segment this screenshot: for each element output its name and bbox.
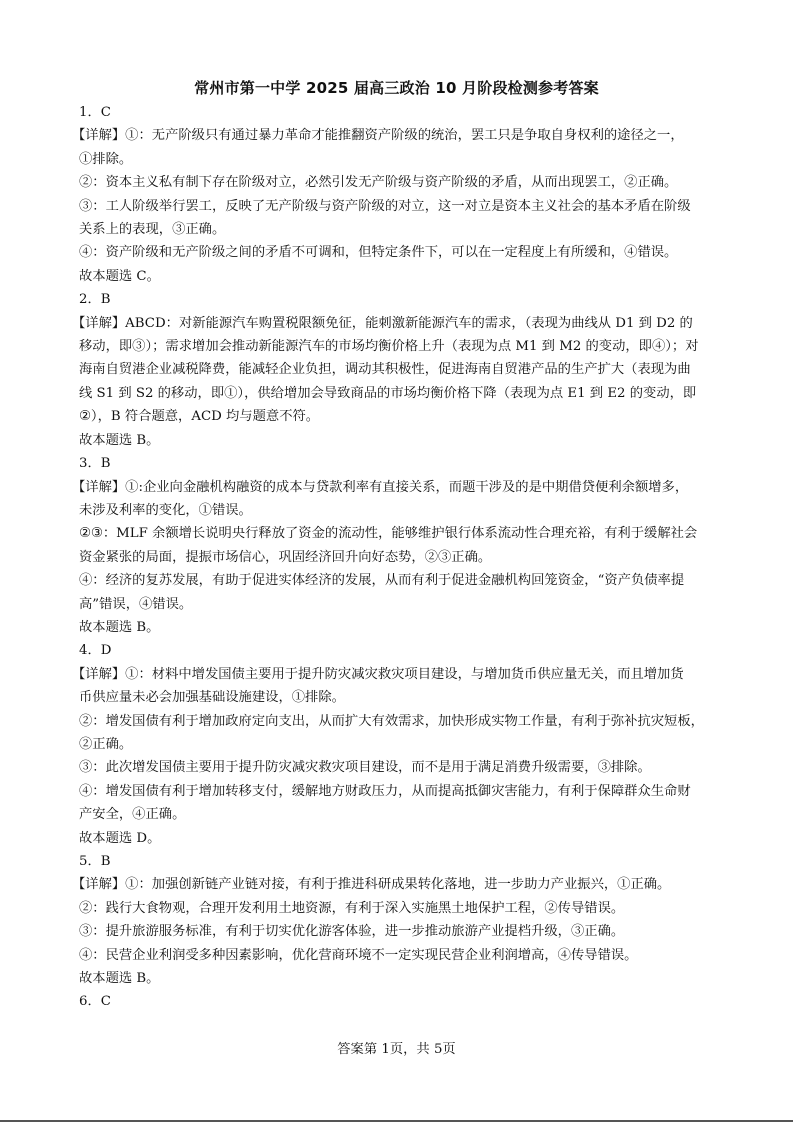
answer-conclusion: 故本题选 C。 xyxy=(79,265,719,288)
answer-conclusion: 故本题选 D。 xyxy=(79,827,719,850)
question-number: 1．C xyxy=(79,101,719,124)
answer-line: ④：增发国债有利于增加转移支付，缓解地方财政压力，从而提高抵御灾害能力，有利于保… xyxy=(79,780,719,803)
answer-line: ②：践行大食物观，合理开发利用土地资源，有利于深入实施黑土地保护工程，②传导错误… xyxy=(79,897,719,920)
answer-line: ②正确。 xyxy=(79,733,719,756)
answer-conclusion: 故本题选 B。 xyxy=(79,967,719,990)
answer-line: 【详解】ABCD：对新能源汽车购置税限额免征，能刺激新能源汽车的需求，（表现为曲… xyxy=(72,312,719,335)
answer-line: ④：民营企业利润受多种因素影响，优化营商环境不一定实现民营企业利润增高，④传导错… xyxy=(79,944,719,967)
page-footer: 答案第 1页，共 5页 xyxy=(0,1038,793,1057)
answer-line: ②③：MLF 余额增长说明央行释放了资金的流动性，能够维护银行体系流动性合理充裕… xyxy=(79,522,719,545)
answer-line: 产安全，④正确。 xyxy=(79,803,719,826)
answer-line: 资金紧张的局面，提振市场信心，巩固经济回升向好态势，②③正确。 xyxy=(79,546,719,569)
answer-conclusion: 故本题选 B。 xyxy=(79,616,719,639)
question-number: 4．D xyxy=(79,639,719,662)
answer-line: ④：经济的复苏发展，有助于促进实体经济的发展，从而有利于促进金融机构回笼资金，“… xyxy=(79,569,719,592)
answer-line: ②：增发国债有利于增加政府定向支出，从而扩大有效需求，加快形成实物工作量，有利于… xyxy=(79,710,719,733)
answer-line: ④：资产阶级和无产阶级之间的矛盾不可调和，但特定条件下，可以在一定程度上有所缓和… xyxy=(79,241,719,264)
document-title: 常州市第一中学 2025 届高三政治 10 月阶段检测参考答案 xyxy=(0,77,793,98)
answer-line: 【详解】①：无产阶级只有通过暴力革命才能推翻资产阶级的统治，罢工只是争取自身权利… xyxy=(72,124,719,147)
answer-line: 【详解】①：加强创新链产业链对接，有利于推进科研成果转化落地，进一步助力产业振兴… xyxy=(72,873,719,896)
question-number: 5．B xyxy=(79,850,719,873)
answer-content: 1．C 【详解】①：无产阶级只有通过暴力革命才能推翻资产阶级的统治，罢工只是争取… xyxy=(79,101,719,1014)
answer-line: 【详解】①：材料中增发国债主要用于提升防灾减灾救灾项目建设，与增加货币供应量无关… xyxy=(72,663,719,686)
question-number: 3．B xyxy=(79,452,719,475)
answer-line: 未涉及利率的变化，①错误。 xyxy=(79,499,719,522)
answer-line: ①排除。 xyxy=(79,148,719,171)
answer-line: ③：此次增发国债主要用于提升防灾减灾救灾项目建设，而不是用于满足消费升级需要，③… xyxy=(79,756,719,779)
answer-line: ②），B 符合题意，ACD 均与题意不符。 xyxy=(79,405,719,428)
answer-line: ③：提升旅游服务标准，有利于切实优化游客体验，进一步推动旅游产业提档升级，③正确… xyxy=(79,920,719,943)
answer-line: 线 S1 到 S2 的移动，即①），供给增加会导致商品的市场均衡价格下降（表现为… xyxy=(79,382,719,405)
answer-conclusion: 故本题选 B。 xyxy=(79,429,719,452)
document-page: 常州市第一中学 2025 届高三政治 10 月阶段检测参考答案 1．C 【详解】… xyxy=(0,0,793,1120)
answer-line: 高”错误，④错误。 xyxy=(79,593,719,616)
answer-line: 【详解】①:企业向金融机构融资的成本与贷款利率有直接关系，而题干涉及的是中期借贷… xyxy=(72,476,719,499)
answer-line: ②：资本主义私有制下存在阶级对立，必然引发无产阶级与资产阶级的矛盾，从而出现罢工… xyxy=(79,171,719,194)
answer-line: 移动，即③）；需求增加会推动新能源汽车的市场均衡价格上升（表现为点 M1 到 M… xyxy=(79,335,719,358)
answer-line: 币供应量未必会加强基础设施建设，①排除。 xyxy=(79,686,719,709)
question-number: 2．B xyxy=(79,288,719,311)
answer-line: 关系上的表现，③正确。 xyxy=(79,218,719,241)
answer-line: ③：工人阶级举行罢工，反映了无产阶级与资产阶级的对立，这一对立是资本主义社会的基… xyxy=(79,195,719,218)
question-number: 6．C xyxy=(79,990,719,1013)
answer-line: 海南自贸港企业减税降费，能减轻企业负担，调动其积极性，促进海南自贸港产品的生产扩… xyxy=(79,358,719,381)
